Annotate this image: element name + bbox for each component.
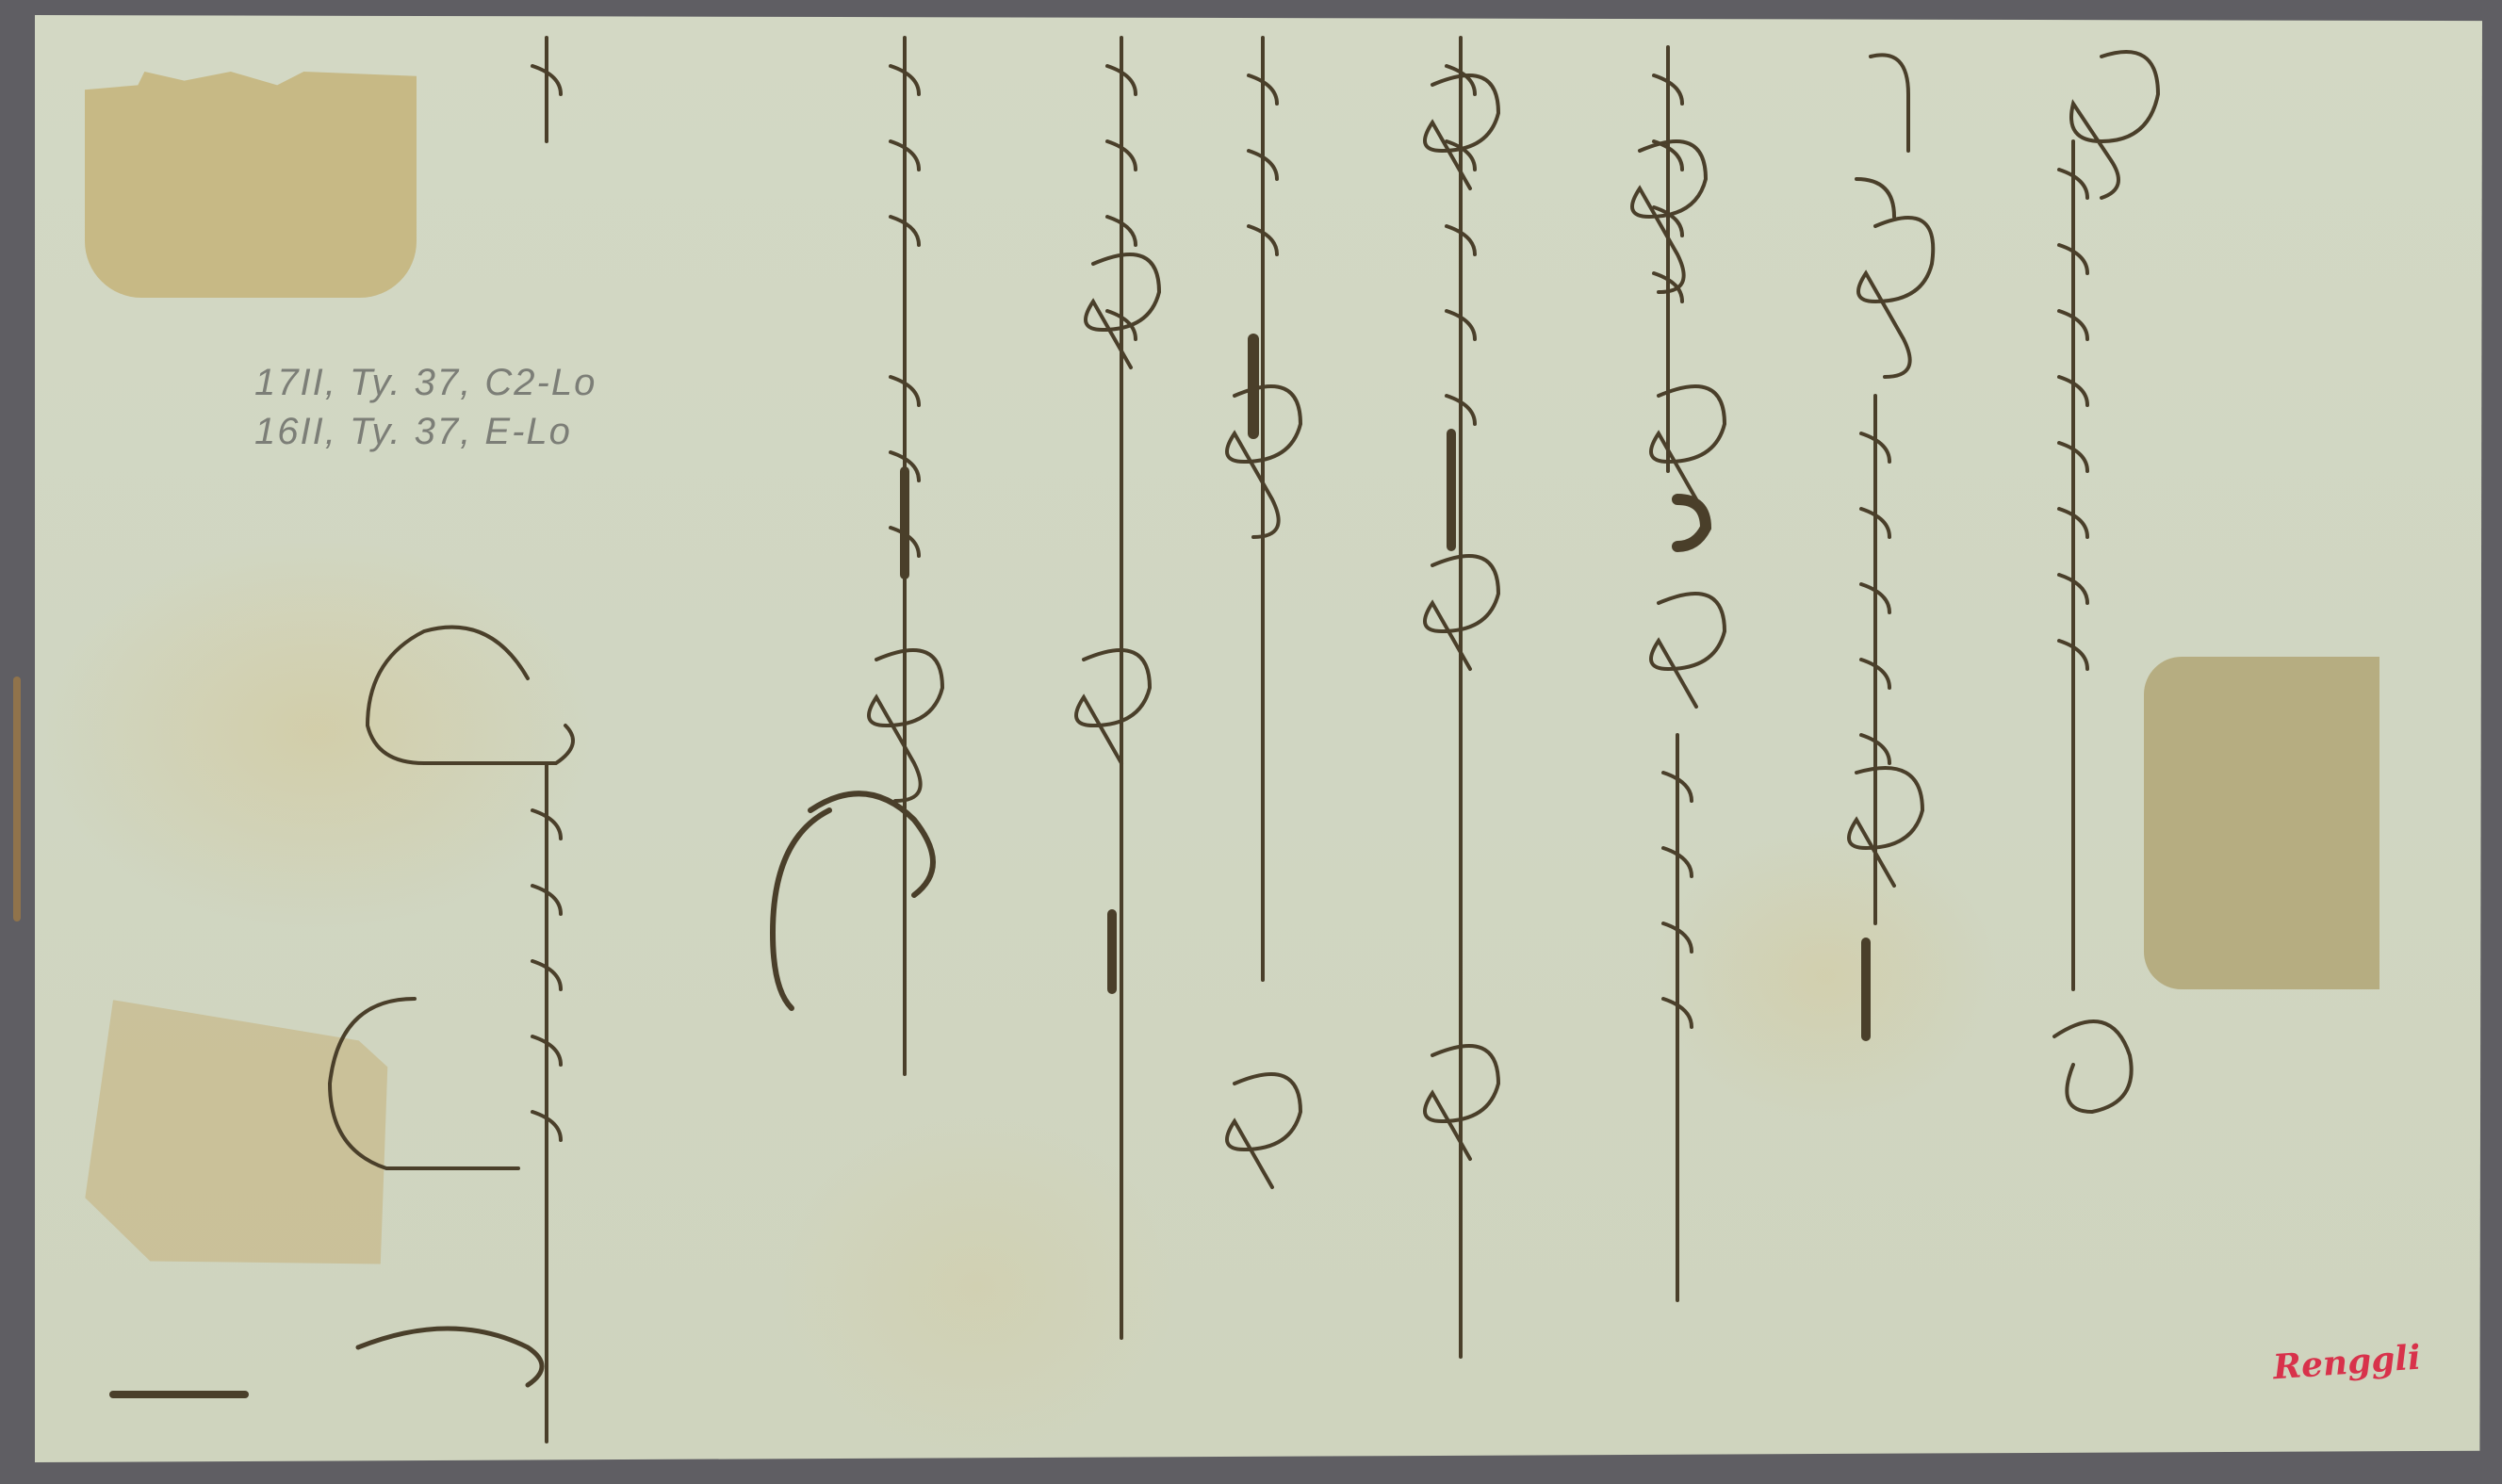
pencil-note-line-2: 16II, Ty. 37, E-Lo [254,407,597,456]
pencil-annotation: 17II, Ty. 37, C2-Lo 16II, Ty. 37, E-Lo [254,358,597,456]
edge-stain [13,677,21,921]
hinge-remnant-right [2144,657,2379,989]
hinge-remnant-top-left [85,72,417,298]
pencil-note-line-1: 17II, Ty. 37, C2-Lo [254,358,597,407]
